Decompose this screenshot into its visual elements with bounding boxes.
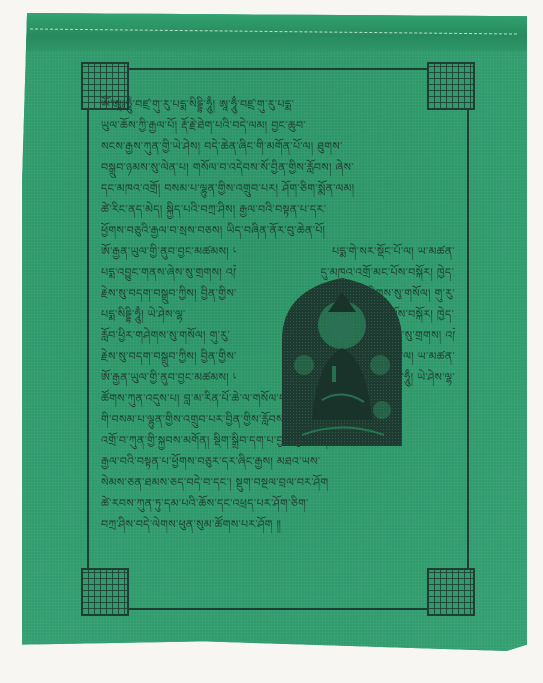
text-line-left: རློབ་ཕྱིར་གཤེགས་སུ་གསོལ། གུ་རུ་	[101, 325, 236, 346]
text-line-left: རྗེས་སུ་བདག་བསྒྲུབ་ཀྱིས། བྱིན་གྱིས་	[101, 346, 236, 367]
prayer-flag: ༀ་ཨཱཿཧཱུྃ་བཛྲ་གུ་རུ་པདྨ་སིདྡྷི་ཧཱུྃ། ཨཱ་…	[22, 13, 527, 651]
text-line-left: ཨོ་རྒྱན་ཡུལ་གྱི་ནུབ་བྱང་མཚམས། ཡཱ་རྒྱ་	[101, 241, 236, 262]
stitch-line	[30, 28, 517, 34]
text-line: བཀྲ་ཤིས་བདེ་ལེགས་ཕུན་སུམ་ཚོགས་པར་ཤོག ༎	[101, 514, 455, 535]
text-line-left: རྗེས་སུ་བདག་བསྒྲུབ་ཀྱིས། བྱིན་གྱིས་	[101, 283, 236, 304]
deity-figure-icon	[272, 270, 412, 448]
text-line-left: པདྨ་སིདྡྷི་ཧཱུྃ། ཡེ་ཤེས་ལྷ་	[101, 304, 236, 325]
text-line: རྒྱལ་བའི་བསྟན་པ་ཕྱོགས་བཅུར་དར་ཞིང་རྒྱས། …	[101, 451, 455, 472]
text-line-left: པདྨ་འབྱུང་གནས་ཞེས་སུ་གྲགས། འཁོར་	[101, 262, 236, 283]
text-line: བསྒྲུབ་ཉམས་སུ་ལེན་པ། གསོལ་བ་འདེབས་སོ་བྱི…	[101, 157, 455, 178]
text-line: ཨོ་རྒྱན་ཡུལ་གྱི་ནུབ་བྱང་མཚམས། ཡཱ་རྒྱ་པདྨ…	[101, 241, 455, 262]
text-line-right: པདྨ་གེ་སར་སྡོང་པོ་ལ། ཡ་མཚན་	[320, 241, 455, 262]
text-line: སངས་རྒྱས་ཀུན་གྱི་ཡེ་ཤེས། བདེ་ཆེན་ཞིང་གི་…	[101, 136, 455, 157]
text-line: ཚེ་རབས་ཀུན་ཏུ་དམ་པའི་ཆོས་དང་འཕྲད་པར་ཤོག་…	[101, 493, 455, 514]
text-line: ༀ་ཨཱཿཧཱུྃ་བཛྲ་གུ་རུ་པདྨ་སིདྡྷི་ཧཱུྃ། ཨཱ་…	[101, 94, 455, 115]
text-line-left: ཨོ་རྒྱན་ཡུལ་གྱི་ནུབ་བྱང་མཚམས། ཡཱ་རྒྱ་	[101, 367, 236, 388]
text-line: ཕྱོགས་བཅུའི་རྒྱལ་བ་སྲས་བཅས། ཡིད་བཞིན་ནོར…	[101, 220, 455, 241]
decorative-border: ༀ་ཨཱཿཧཱུྃ་བཛྲ་གུ་རུ་པདྨ་སིདྡྷི་ཧཱུྃ། ཨཱ་…	[87, 68, 469, 610]
text-line: ཡུལ་ཆོས་ཀྱི་རྒྱལ་པོ། རྡོ་རྗེ་ཐེག་པའི་བདེ…	[101, 115, 455, 136]
text-line: ཚེ་རིང་ནད་མེད། སྐྱིད་པའི་བཀྲ་ཤིས། རྒྱལ་བ…	[101, 199, 455, 220]
flag-sleeve	[22, 13, 527, 51]
text-line: སེམས་ཅན་ཐམས་ཅད་བདེ་བ་དང་། སྡུག་བསྔལ་བྲལ་…	[101, 472, 455, 493]
text-line: དང་མཁའ་འགྲོ། བསམ་པ་ལྷུན་གྱིས་འགྲུབ་པར། ཤ…	[101, 178, 455, 199]
